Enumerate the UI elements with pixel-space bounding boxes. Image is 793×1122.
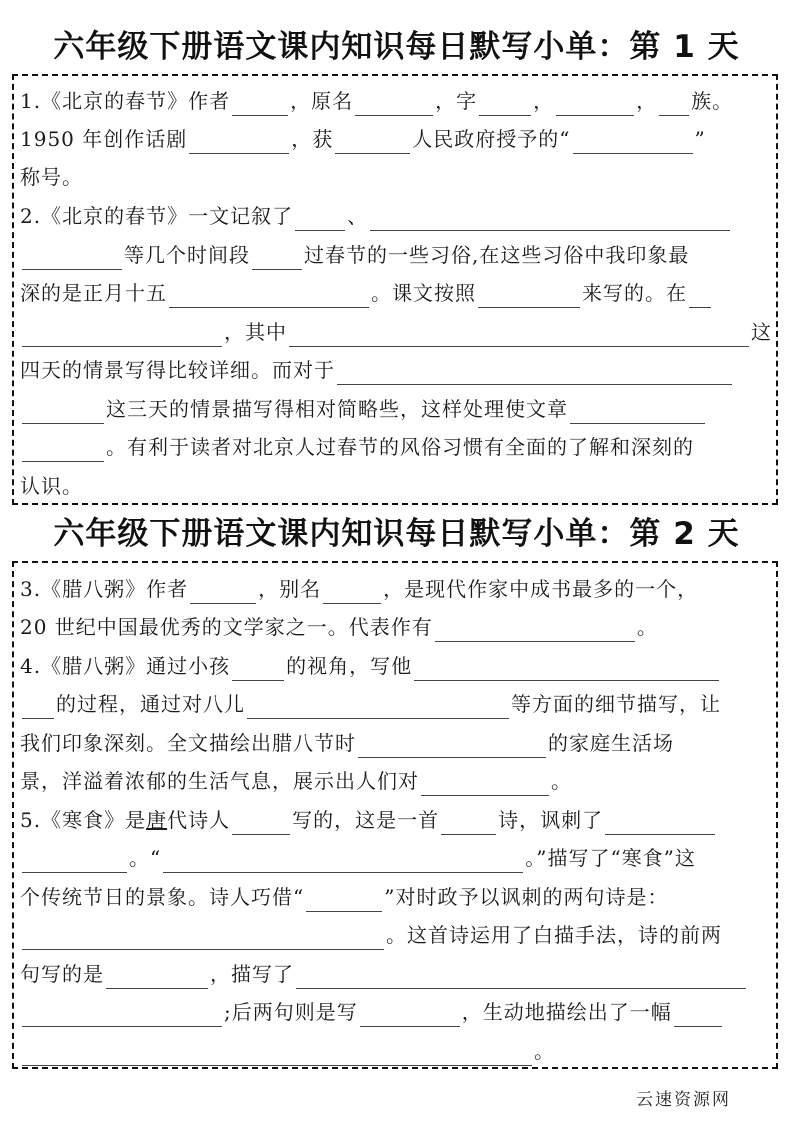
question-text: ，	[533, 86, 554, 116]
question-text: 这三天的情景描写得相对简略些，这样处理使文章	[106, 394, 568, 424]
question-text: 来写的。在	[582, 278, 687, 308]
question-text: 5.《寒食》是	[20, 805, 146, 835]
fill-in-blank[interactable]	[22, 247, 122, 270]
question-text: 。	[534, 1036, 555, 1066]
day2-line: 4.《腊八粥》通过小孩的视角，写他	[20, 651, 721, 681]
fill-in-blank[interactable]	[189, 131, 289, 154]
fill-in-blank[interactable]	[323, 581, 381, 604]
question-text: 代诗人	[167, 805, 230, 835]
fill-in-blank[interactable]	[22, 324, 222, 347]
question-text: 个传统节日的景象。诗人巧借“	[20, 882, 304, 912]
fill-in-blank[interactable]	[479, 93, 531, 116]
question-text: ，描写了	[210, 959, 294, 989]
question-text: 称号。	[20, 162, 83, 192]
question-text: 写的，这是一首	[292, 805, 439, 835]
day2-line: 我们印象深刻。全文描绘出腊八节时的家庭生活场	[20, 728, 674, 758]
question-text: 。这首诗运用了白描手法，诗的前两	[386, 920, 722, 950]
fill-in-blank[interactable]	[22, 927, 384, 950]
day2-line: 3.《腊八粥》作者，别名，是现代作家中成书最多的一个，	[20, 574, 698, 604]
fill-in-blank[interactable]	[337, 362, 732, 385]
fill-in-blank[interactable]	[22, 401, 104, 424]
fill-in-blank[interactable]	[295, 208, 345, 231]
question-text: 。	[551, 766, 572, 796]
question-text: 诗，讽刺了	[498, 805, 603, 835]
question-text: 族。	[691, 86, 733, 116]
day2-line: 句写的是，描写了	[20, 959, 748, 989]
question-text: 我们印象深刻。全文描绘出腊八节时	[20, 728, 356, 758]
fill-in-blank[interactable]	[414, 658, 719, 681]
question-text: ，字	[435, 86, 477, 116]
question-text: 。课文按照	[371, 278, 476, 308]
fill-in-blank[interactable]	[247, 696, 509, 719]
question-text: 1.《北京的春节》作者	[20, 86, 230, 116]
day2-line: ;后两句则是写，生动地描绘出了一幅	[20, 997, 724, 1027]
fill-in-blank[interactable]	[106, 966, 208, 989]
question-text: 。”描写了“寒食”这	[525, 843, 696, 873]
fill-in-blank[interactable]	[659, 93, 689, 116]
fill-in-blank[interactable]	[22, 696, 54, 719]
question-text: 的过程，通过对八儿	[56, 689, 245, 719]
fill-in-blank[interactable]	[296, 966, 746, 989]
question-text: 景，洋溢着浓郁的生活气息，展示出人们对	[20, 766, 419, 796]
question-text: 。	[637, 612, 658, 642]
day1-line: 1950 年创作话剧，获人民政府授予的“”	[20, 124, 706, 154]
day2-title: 六年级下册语文课内知识每日默写小单：第 2 天	[0, 514, 793, 554]
question-text: 句写的是	[20, 959, 104, 989]
question-text: 20 世纪中国最优秀的文学家之一。代表作有	[20, 612, 433, 642]
fill-in-blank[interactable]	[358, 735, 546, 758]
question-text: 等几个时间段	[124, 240, 250, 270]
fill-in-blank[interactable]	[370, 208, 730, 231]
day2-line: 的过程，通过对八儿等方面的细节描写，让	[20, 689, 721, 719]
fill-in-blank[interactable]	[360, 1004, 460, 1027]
fill-in-blank[interactable]	[22, 1043, 532, 1066]
fill-in-blank[interactable]	[22, 1004, 222, 1027]
fill-in-blank[interactable]	[689, 285, 711, 308]
day1-line: 四天的情景写得比较详细。而对于	[20, 355, 734, 385]
fill-in-blank[interactable]	[441, 812, 496, 835]
watermark: 云速资源网	[636, 1085, 731, 1110]
question-text: 过春节的一些习俗,在这些习俗中我印象最	[304, 240, 689, 270]
fill-in-blank[interactable]	[232, 658, 284, 681]
question-text: 的家庭生活场	[548, 728, 674, 758]
day2-line: 。	[20, 1036, 555, 1066]
day2-line: 20 世纪中国最优秀的文学家之一。代表作有。	[20, 612, 658, 642]
fill-in-blank[interactable]	[22, 439, 104, 462]
day2-line: 。这首诗运用了白描手法，诗的前两	[20, 920, 722, 950]
fill-in-blank[interactable]	[570, 401, 705, 424]
fill-in-blank[interactable]	[232, 93, 288, 116]
fill-in-blank[interactable]	[163, 850, 523, 873]
day1-line: 2.《北京的春节》一文记叙了、	[20, 201, 732, 231]
fill-in-blank[interactable]	[556, 93, 634, 116]
day2-line: 个传统节日的景象。诗人巧借“”对时政予以讽刺的两句诗是：	[20, 882, 668, 912]
question-text: 2.《北京的春节》一文记叙了	[20, 201, 293, 231]
day1-line: 认识。	[20, 471, 83, 501]
question-text: 唐	[146, 805, 167, 835]
fill-in-blank[interactable]	[605, 812, 715, 835]
question-text: ，获	[291, 124, 333, 154]
fill-in-blank[interactable]	[435, 619, 635, 642]
day2-line: 5.《寒食》是唐代诗人写的，这是一首诗，讽刺了	[20, 805, 717, 835]
fill-in-blank[interactable]	[335, 131, 410, 154]
question-text: 。“	[129, 843, 161, 873]
question-text: 4.《腊八粥》通过小孩	[20, 651, 230, 681]
day1-title: 六年级下册语文课内知识每日默写小单：第 1 天	[0, 27, 793, 67]
question-text: ”	[695, 124, 706, 154]
question-text: 。有利于读者对北京人过春节的风俗习惯有全面的了解和深刻的	[106, 432, 694, 462]
question-text: 深的是正月十五	[20, 278, 167, 308]
question-text: 、	[347, 201, 368, 231]
fill-in-blank[interactable]	[289, 324, 749, 347]
question-text: 1950 年创作话剧	[20, 124, 187, 154]
question-text: 等方面的细节描写，让	[511, 689, 721, 719]
day1-line: 。有利于读者对北京人过春节的风俗习惯有全面的了解和深刻的	[20, 432, 694, 462]
fill-in-blank[interactable]	[252, 247, 302, 270]
fill-in-blank[interactable]	[190, 581, 256, 604]
question-text: 这	[751, 317, 772, 347]
day1-line: ，其中这	[20, 317, 772, 347]
question-text: ，其中	[224, 317, 287, 347]
question-text: ，	[636, 86, 657, 116]
fill-in-blank[interactable]	[355, 93, 433, 116]
question-text: ”对时政予以讽刺的两句诗是：	[384, 882, 668, 912]
question-text: 3.《腊八粥》作者	[20, 574, 188, 604]
fill-in-blank[interactable]	[421, 773, 549, 796]
question-text: 四天的情景写得比较详细。而对于	[20, 355, 335, 385]
fill-in-blank[interactable]	[478, 285, 580, 308]
day2-line: 景，洋溢着浓郁的生活气息，展示出人们对。	[20, 766, 572, 796]
question-text: ，别名	[258, 574, 321, 604]
day1-line: 这三天的情景描写得相对简略些，这样处理使文章	[20, 394, 707, 424]
question-text: ，原名	[290, 86, 353, 116]
question-text: ;后两句则是写	[224, 997, 358, 1027]
day1-line: 等几个时间段过春节的一些习俗,在这些习俗中我印象最	[20, 240, 689, 270]
question-text: 人民政府授予的“	[412, 124, 570, 154]
fill-in-blank[interactable]	[22, 850, 127, 873]
question-text: ，是现代作家中成书最多的一个，	[383, 574, 698, 604]
fill-in-blank[interactable]	[306, 889, 382, 912]
fill-in-blank[interactable]	[232, 812, 290, 835]
question-text: ，生动地描绘出了一幅	[462, 997, 672, 1027]
day1-line: 深的是正月十五。课文按照来写的。在	[20, 278, 713, 308]
fill-in-blank[interactable]	[169, 285, 369, 308]
question-text: 认识。	[20, 471, 83, 501]
question-text: 的视角，写他	[286, 651, 412, 681]
day2-line: 。“。”描写了“寒食”这	[20, 843, 696, 873]
day1-line: 称号。	[20, 162, 83, 192]
fill-in-blank[interactable]	[674, 1004, 722, 1027]
day1-line: 1.《北京的春节》作者，原名，字，，族。	[20, 86, 733, 116]
fill-in-blank[interactable]	[573, 131, 693, 154]
